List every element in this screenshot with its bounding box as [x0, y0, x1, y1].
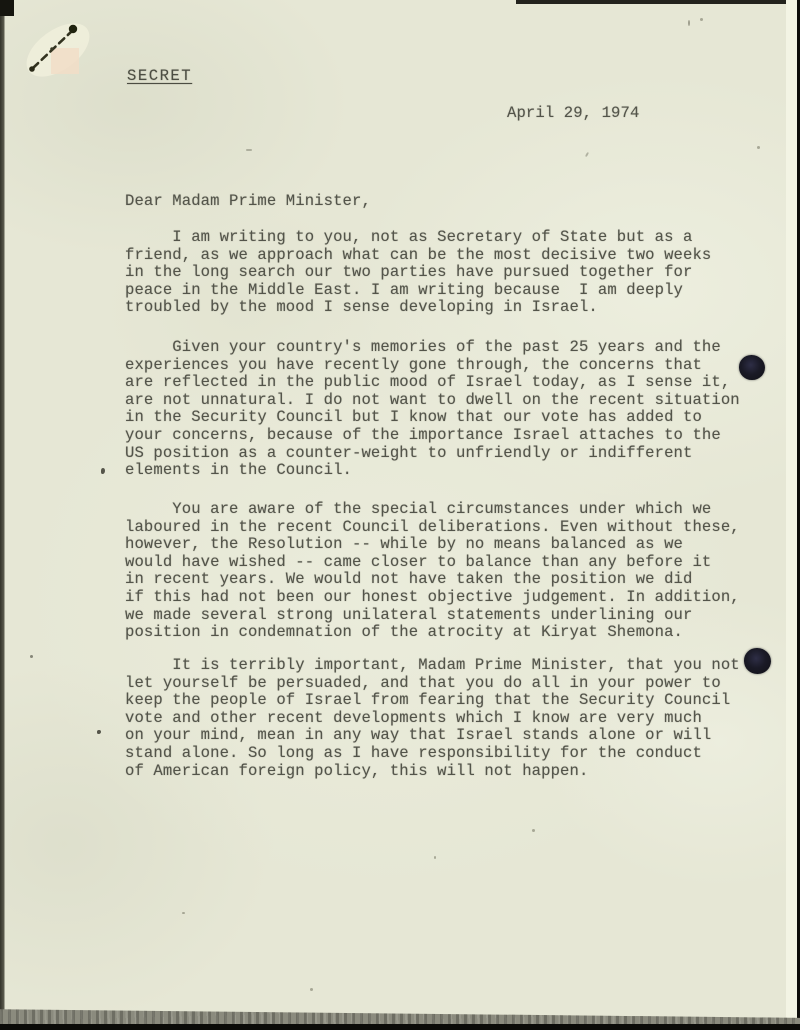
salutation: Dear Madam Prime Minister, [125, 193, 371, 211]
scan-speck [434, 856, 436, 859]
paragraph-4: It is terribly important, Madam Prime Mi… [125, 657, 740, 780]
scan-bottom-gray-band [0, 1002, 800, 1026]
scan-edge-top [516, 0, 798, 4]
scan-page-edge-right [786, 0, 797, 1030]
scan-edge-left [0, 0, 5, 1030]
paragraph-1: I am writing to you, not as Secretary of… [125, 229, 711, 317]
scan-speck [246, 149, 252, 151]
scanned-letter-page: SECRET April 29, 1974 Dear Madam Prime M… [0, 0, 800, 1030]
scan-speck [585, 152, 589, 157]
scan-speck [700, 18, 703, 21]
scan-speck [30, 655, 33, 658]
scan-bottom-black-band [0, 1024, 800, 1030]
stray-comma-mark [101, 468, 105, 474]
pen-scribble-mark [18, 18, 96, 82]
scan-speck [688, 20, 690, 26]
paragraph-2: Given your country's memories of the pas… [125, 339, 740, 480]
scan-speck [532, 829, 535, 832]
paragraph-3: You are aware of the special circumstanc… [125, 501, 740, 642]
stray-period-mark [97, 730, 101, 734]
scan-speck [757, 146, 760, 149]
letter-date: April 29, 1974 [507, 105, 639, 123]
scan-corner-square [0, 0, 14, 16]
hole-punch-dot-bottom [744, 648, 771, 674]
scan-speck [182, 912, 185, 914]
hole-punch-dot-top [739, 355, 765, 380]
scan-speck [310, 988, 313, 991]
classification-stamp: SECRET [127, 68, 192, 86]
